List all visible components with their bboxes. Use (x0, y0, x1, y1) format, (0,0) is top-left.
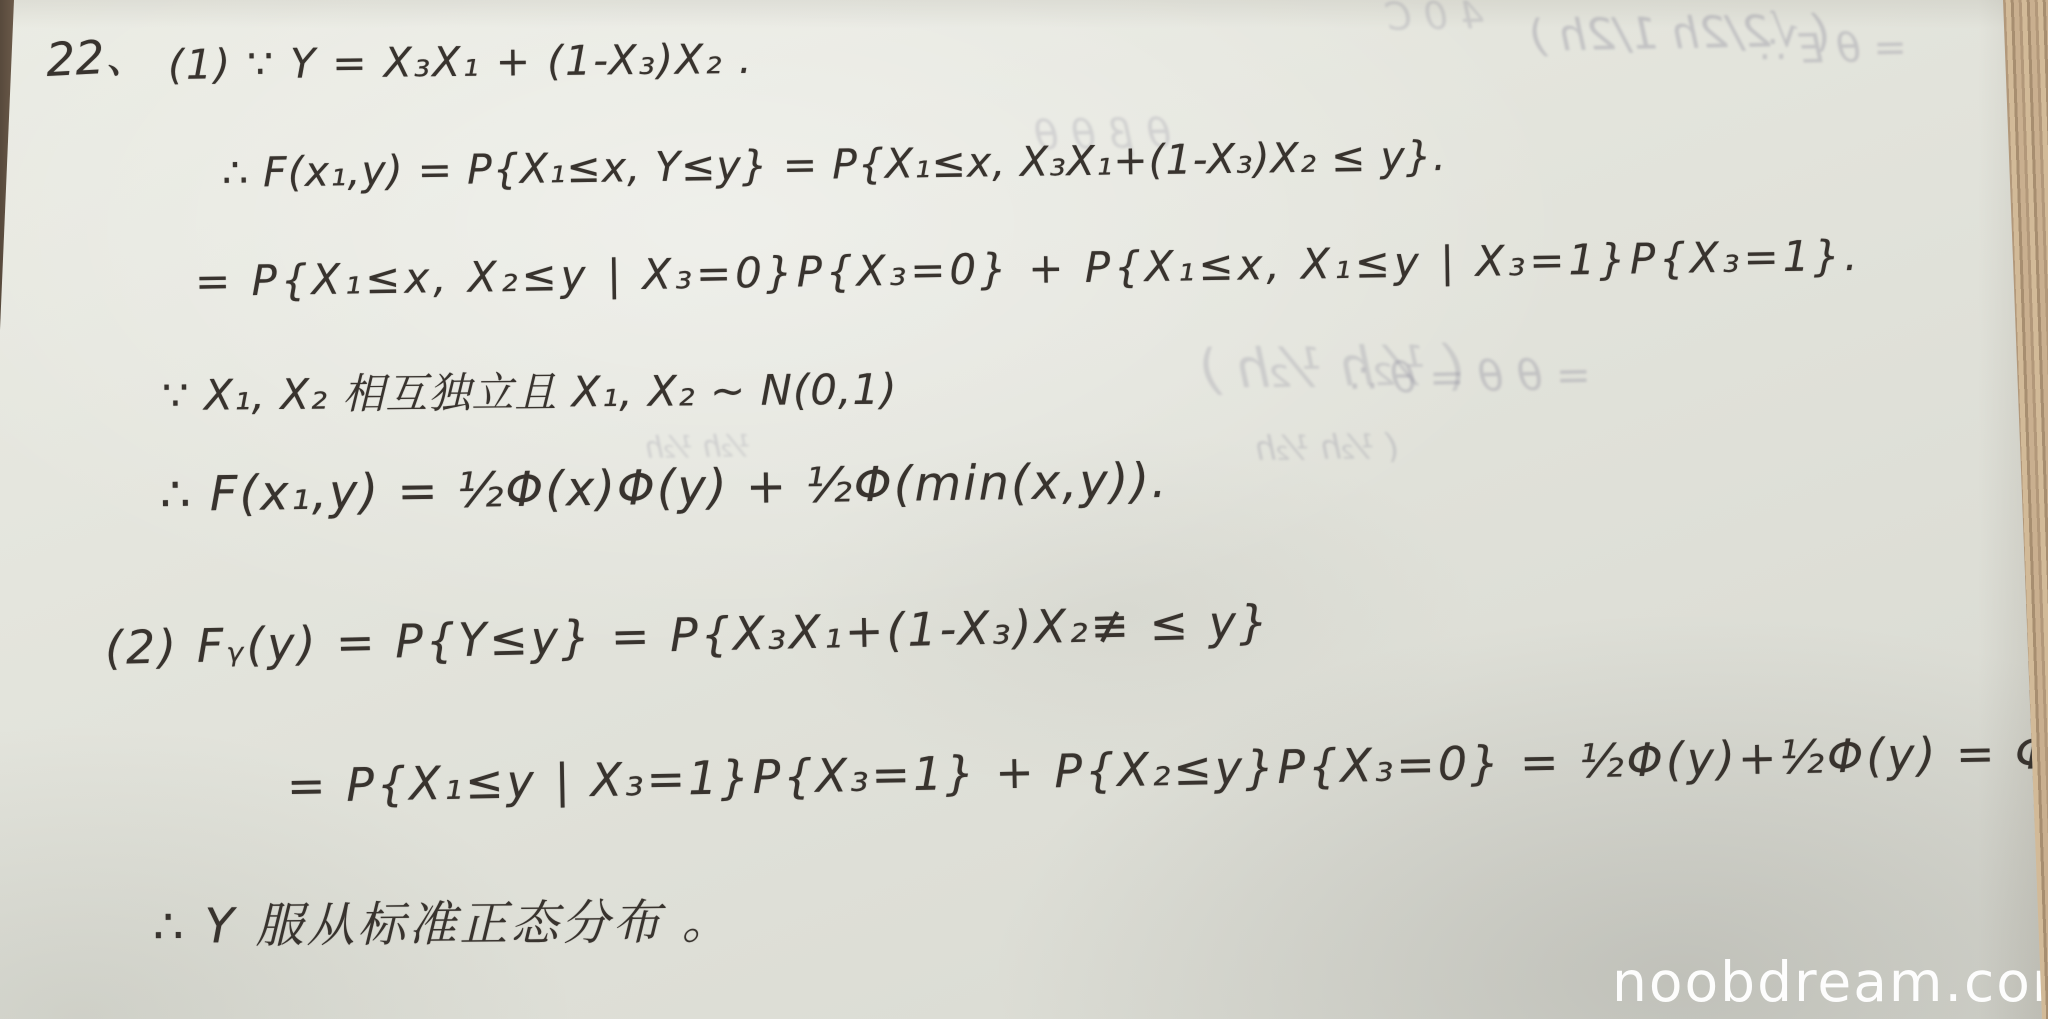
photo-of-handwritten-solution: 4 0 C ( √2/2h 1/2h ) = θ E ∴ θ β θ θ ( ½… (0, 0, 2048, 1019)
bleed-through-mark: 4 0 C (1385, 0, 1485, 39)
math-line-joint-cdf: ∴ F(x₁,y) = P{X₁≤x, Y≤y} = P{X₁≤x, X₃X₁+… (222, 133, 1448, 197)
bleed-through-mark: ( ½h ½h (1255, 427, 1400, 470)
math-line-part1-definition: (1) ∵ Y = X₃X₁ + (1-X₃)X₂ . (168, 36, 754, 89)
math-line-independence-note: ∵ X₁, X₂ 相互独立且 X₁, X₂ ∼ N(0,1) (162, 366, 898, 421)
notebook-paper: 4 0 C ( √2/2h 1/2h ) = θ E ∴ θ β θ θ ( ½… (0, 0, 2048, 1019)
bleed-through-mark: = θ θ = θ ∴ (1350, 350, 1592, 403)
math-line-part2-definition: (2) Fᵧ(y) = P{Y≤y} = P{X₃X₁+(1-X₃)X₂≢ ≤ … (104, 596, 1271, 675)
math-line-total-probability: = P{X₁≤x, X₂≤y | X₃=0}P{X₃=0} + P{X₁≤x, … (195, 232, 1862, 306)
problem-number: 22、 (45, 29, 152, 87)
math-line-part2-expansion: = P{X₁≤y | X₃=1}P{X₃=1} + P{X₂≤y}P{X₃=0}… (286, 725, 2048, 813)
bleed-through-mark: = θ E ∴ (1760, 25, 1908, 74)
math-line-conclusion: ∴ Y 服从标准正态分布 。 (153, 895, 733, 955)
math-line-part1-result: ∴ F(x₁,y) = ½Φ(x)Φ(y) + ½Φ(min(x,y)). (160, 454, 1169, 523)
watermark: noobdream.com (1612, 950, 2048, 1014)
